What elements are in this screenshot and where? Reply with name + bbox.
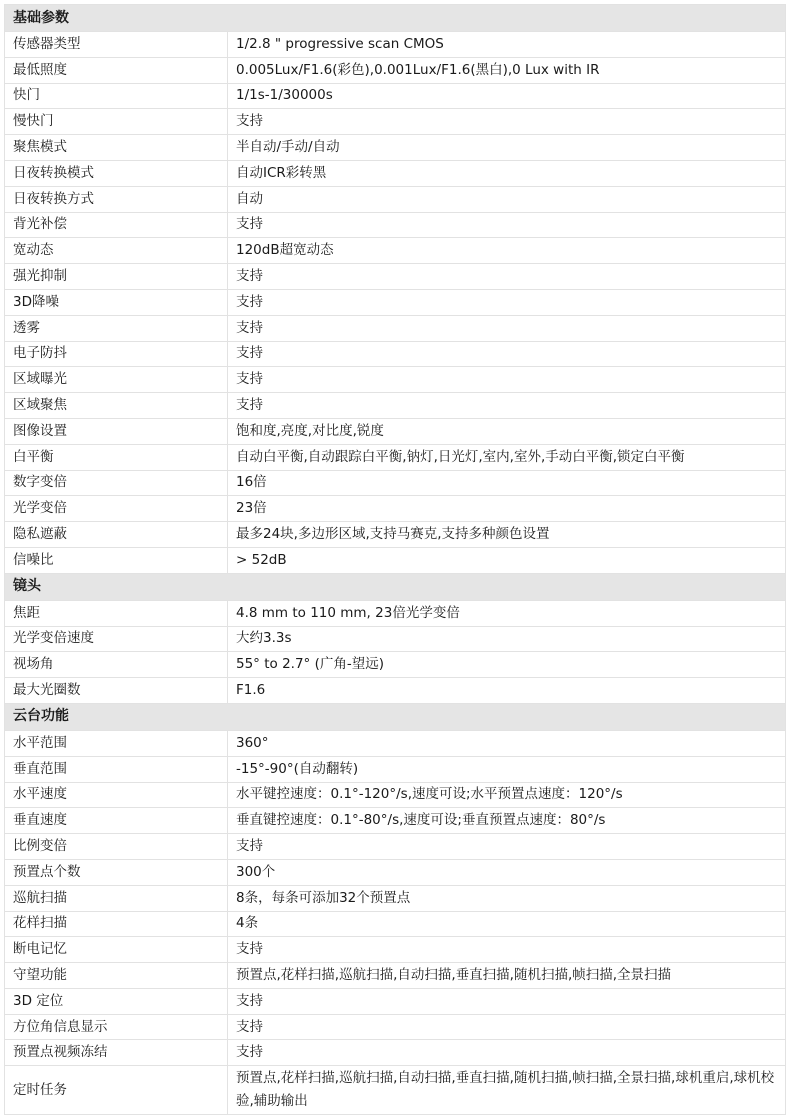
spec-label: 聚焦模式	[5, 135, 228, 161]
spec-value: 16倍	[228, 470, 786, 496]
spec-value: 大约3.3s	[228, 626, 786, 652]
spec-label: 定时任务	[5, 1066, 228, 1081]
section-header: 镜头	[5, 573, 786, 600]
spec-value: 支持	[228, 988, 786, 1014]
spec-label: 最低照度	[5, 57, 228, 83]
spec-label: 3D 定位	[5, 988, 228, 1014]
spec-row: 快门1/1s-1/30000s	[5, 83, 786, 109]
spec-label: 宽动态	[5, 238, 228, 264]
spec-row: 方位角信息显示支持	[5, 1014, 786, 1040]
spec-table: 基础参数传感器类型1/2.8 " progressive scan CMOS最低…	[4, 4, 786, 1081]
spec-value: 水平键控速度：0.1°-120°/s,速度可设;水平预置点速度：120°/s	[228, 782, 786, 808]
spec-value: 支持	[228, 264, 786, 290]
spec-label: 光学变倍	[5, 496, 228, 522]
spec-row: 数字变倍16倍	[5, 470, 786, 496]
spec-label: 垂直范围	[5, 756, 228, 782]
spec-row: 最大光圈数F1.6	[5, 678, 786, 704]
spec-row: 日夜转换方式自动	[5, 186, 786, 212]
spec-value: 4.8 mm to 110 mm, 23倍光学变倍	[228, 600, 786, 626]
spec-label: 快门	[5, 83, 228, 109]
spec-label: 数字变倍	[5, 470, 228, 496]
spec-row: 水平速度水平键控速度：0.1°-120°/s,速度可设;水平预置点速度：120°…	[5, 782, 786, 808]
spec-row: 花样扫描4条	[5, 911, 786, 937]
spec-row: 比例变倍支持	[5, 834, 786, 860]
spec-label: 视场角	[5, 652, 228, 678]
spec-value: 55° to 2.7° (广角-望远)	[228, 652, 786, 678]
spec-row: 垂直速度垂直键控速度：0.1°-80°/s,速度可设;垂直预置点速度：80°/s	[5, 808, 786, 834]
spec-value: 预置点,花样扫描,巡航扫描,自动扫描,垂直扫描,随机扫描,帧扫描,全景扫描	[228, 963, 786, 989]
spec-value: 半自动/手动/自动	[228, 135, 786, 161]
spec-label: 3D降噪	[5, 289, 228, 315]
spec-row: 预置点视频冻结支持	[5, 1040, 786, 1066]
section-header: 基础参数	[5, 5, 786, 32]
spec-row: 光学变倍23倍	[5, 496, 786, 522]
spec-row: 慢快门支持	[5, 109, 786, 135]
spec-row: 定时任务预置点,花样扫描,巡航扫描,自动扫描,垂直扫描,随机扫描,帧扫描,全景扫…	[5, 1066, 786, 1081]
spec-label: 光学变倍速度	[5, 626, 228, 652]
spec-row: 3D降噪支持	[5, 289, 786, 315]
spec-value: 支持	[228, 341, 786, 367]
spec-label: 水平范围	[5, 730, 228, 756]
spec-label: 隐私遮蔽	[5, 522, 228, 548]
spec-row: 强光抑制支持	[5, 264, 786, 290]
spec-value: 支持	[228, 393, 786, 419]
spec-label: 花样扫描	[5, 911, 228, 937]
spec-label: 垂直速度	[5, 808, 228, 834]
spec-value: 支持	[228, 315, 786, 341]
spec-row: 电子防抖支持	[5, 341, 786, 367]
spec-row: 聚焦模式半自动/手动/自动	[5, 135, 786, 161]
spec-row: 3D 定位支持	[5, 988, 786, 1014]
spec-label: 焦距	[5, 600, 228, 626]
spec-value: 300个	[228, 859, 786, 885]
spec-label: 白平衡	[5, 444, 228, 470]
spec-value: 0.005Lux/F1.6(彩色),0.001Lux/F1.6(黑白),0 Lu…	[228, 57, 786, 83]
spec-value: > 52dB	[228, 547, 786, 573]
spec-row: 巡航扫描8条，每条可添加32个预置点	[5, 885, 786, 911]
spec-label: 日夜转换方式	[5, 186, 228, 212]
spec-row: 信噪比 > 52dB	[5, 547, 786, 573]
spec-value: 垂直键控速度：0.1°-80°/s,速度可设;垂直预置点速度：80°/s	[228, 808, 786, 834]
spec-value: 支持	[228, 212, 786, 238]
spec-label: 强光抑制	[5, 264, 228, 290]
spec-label: 透雾	[5, 315, 228, 341]
spec-row: 预置点个数300个	[5, 859, 786, 885]
spec-label: 断电记忆	[5, 937, 228, 963]
spec-row: 垂直范围-15°-90°(自动翻转)	[5, 756, 786, 782]
spec-label: 区域曝光	[5, 367, 228, 393]
spec-label: 预置点视频冻结	[5, 1040, 228, 1066]
spec-value: 支持	[228, 1014, 786, 1040]
section-header: 云台功能	[5, 703, 786, 730]
spec-row: 隐私遮蔽最多24块,多边形区域,支持马赛克,支持多种颜色设置	[5, 522, 786, 548]
spec-label: 日夜转换模式	[5, 160, 228, 186]
spec-row: 焦距4.8 mm to 110 mm, 23倍光学变倍	[5, 600, 786, 626]
section-title: 云台功能	[5, 703, 786, 730]
spec-row: 视场角55° to 2.7° (广角-望远)	[5, 652, 786, 678]
spec-label: 区域聚焦	[5, 393, 228, 419]
spec-value: 自动ICR彩转黑	[228, 160, 786, 186]
spec-label: 方位角信息显示	[5, 1014, 228, 1040]
spec-row: 区域聚焦支持	[5, 393, 786, 419]
spec-value: 支持	[228, 367, 786, 393]
spec-row: 背光补偿支持	[5, 212, 786, 238]
spec-row: 白平衡自动白平衡,自动跟踪白平衡,钠灯,日光灯,室内,室外,手动白平衡,锁定白平…	[5, 444, 786, 470]
spec-row: 守望功能预置点,花样扫描,巡航扫描,自动扫描,垂直扫描,随机扫描,帧扫描,全景扫…	[5, 963, 786, 989]
section-title: 镜头	[5, 573, 786, 600]
spec-label: 最大光圈数	[5, 678, 228, 704]
spec-row: 传感器类型1/2.8 " progressive scan CMOS	[5, 32, 786, 58]
spec-value: 最多24块,多边形区域,支持马赛克,支持多种颜色设置	[228, 522, 786, 548]
spec-value: 支持	[228, 1040, 786, 1066]
spec-label: 预置点个数	[5, 859, 228, 885]
spec-label: 图像设置	[5, 418, 228, 444]
spec-label: 比例变倍	[5, 834, 228, 860]
spec-value: 4条	[228, 911, 786, 937]
spec-value: 支持	[228, 834, 786, 860]
spec-value: 预置点,花样扫描,巡航扫描,自动扫描,垂直扫描,随机扫描,帧扫描,全景扫描,球机…	[228, 1066, 786, 1081]
spec-row: 光学变倍速度大约3.3s	[5, 626, 786, 652]
spec-label: 电子防抖	[5, 341, 228, 367]
spec-value: -15°-90°(自动翻转)	[228, 756, 786, 782]
spec-row: 日夜转换模式自动ICR彩转黑	[5, 160, 786, 186]
spec-label: 信噪比	[5, 547, 228, 573]
spec-label: 水平速度	[5, 782, 228, 808]
spec-value: F1.6	[228, 678, 786, 704]
spec-label: 传感器类型	[5, 32, 228, 58]
spec-row: 宽动态120dB超宽动态	[5, 238, 786, 264]
spec-value: 360°	[228, 730, 786, 756]
spec-value: 饱和度,亮度,对比度,锐度	[228, 418, 786, 444]
spec-value: 支持	[228, 937, 786, 963]
spec-value: 1/1s-1/30000s	[228, 83, 786, 109]
spec-value: 自动	[228, 186, 786, 212]
section-title: 基础参数	[5, 5, 786, 32]
spec-row: 断电记忆支持	[5, 937, 786, 963]
spec-value: 支持	[228, 109, 786, 135]
spec-label: 背光补偿	[5, 212, 228, 238]
spec-row: 透雾支持	[5, 315, 786, 341]
spec-value: 120dB超宽动态	[228, 238, 786, 264]
spec-value: 自动白平衡,自动跟踪白平衡,钠灯,日光灯,室内,室外,手动白平衡,锁定白平衡	[228, 444, 786, 470]
spec-row: 区域曝光支持	[5, 367, 786, 393]
spec-label: 守望功能	[5, 963, 228, 989]
spec-table-body: 基础参数传感器类型1/2.8 " progressive scan CMOS最低…	[5, 5, 786, 1082]
spec-value: 支持	[228, 289, 786, 315]
spec-value: 1/2.8 " progressive scan CMOS	[228, 32, 786, 58]
spec-row: 图像设置饱和度,亮度,对比度,锐度	[5, 418, 786, 444]
spec-row: 最低照度0.005Lux/F1.6(彩色),0.001Lux/F1.6(黑白),…	[5, 57, 786, 83]
spec-label: 巡航扫描	[5, 885, 228, 911]
spec-row: 水平范围360°	[5, 730, 786, 756]
spec-value: 8条，每条可添加32个预置点	[228, 885, 786, 911]
spec-value: 23倍	[228, 496, 786, 522]
spec-label: 慢快门	[5, 109, 228, 135]
